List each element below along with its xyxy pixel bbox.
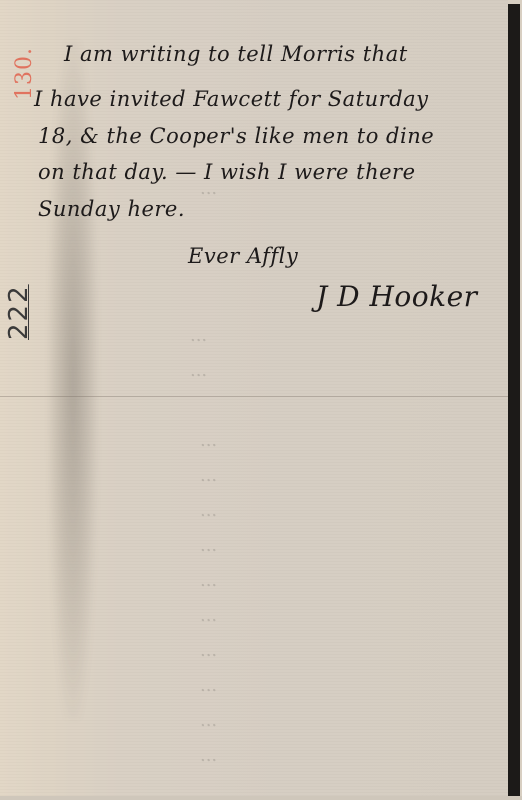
- signature: J D Hooker: [316, 280, 478, 313]
- bottom-edge: [0, 796, 522, 800]
- bleed-line: ...: [200, 178, 217, 199]
- letter-line-4: on that day. — I wish I were there: [38, 160, 416, 184]
- bleed-line: ...: [200, 605, 217, 626]
- bleed-line: ...: [200, 745, 217, 766]
- bleed-line: ...: [200, 430, 217, 451]
- bleed-line: ...: [200, 710, 217, 731]
- fold-line: [0, 396, 508, 397]
- bleed-line: ...: [200, 640, 217, 661]
- closing: Ever Affly: [188, 244, 298, 268]
- bleed-line: ...: [200, 570, 217, 591]
- letter-line-3: 18, & the Cooper's like men to dine: [38, 124, 434, 148]
- bleed-line: ...: [200, 465, 217, 486]
- page-edge-shadow: [508, 4, 520, 800]
- bleed-line: ...: [200, 500, 217, 521]
- bleed-line: ...: [200, 675, 217, 696]
- letter-page: 130. 222 I am writing to tell Morris tha…: [0, 0, 508, 796]
- letter-line-2: I have invited Fawcett for Saturday: [34, 87, 429, 111]
- bleed-line: ...: [200, 535, 217, 556]
- bleed-line: ...: [190, 360, 207, 381]
- bleed-line: ...: [190, 325, 207, 346]
- letter-line-1: I am writing to tell Morris that: [64, 42, 408, 66]
- letter-line-5: Sunday here.: [38, 197, 185, 221]
- archive-number: 222: [4, 284, 34, 340]
